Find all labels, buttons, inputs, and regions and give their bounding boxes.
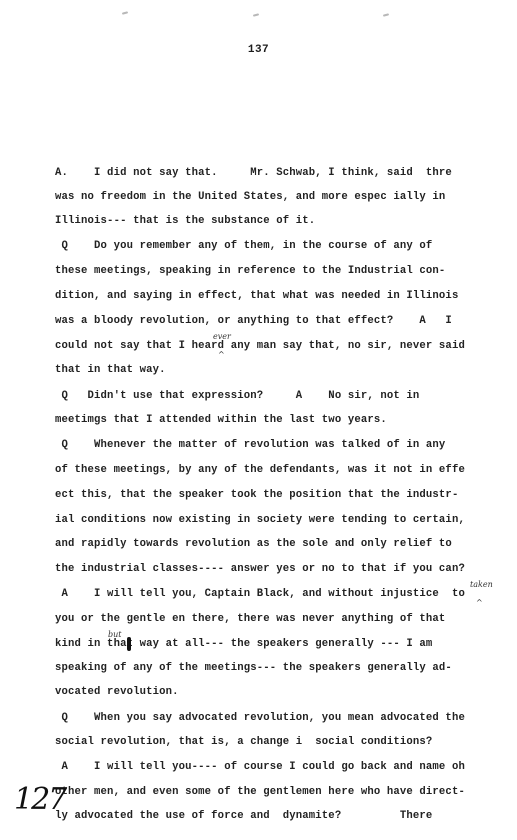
scan-speck [122,11,128,14]
text-line: was a bloody revolution, or anything to … [55,315,452,327]
text-line: of these meetings, by any of the defenda… [55,464,465,476]
text-line: ect this, that the speaker took the posi… [55,489,458,501]
text-line: social revolution, that is, a change i s… [55,736,432,748]
text-line: Q Whenever the matter of revolution was … [55,439,445,451]
handwritten-insertion: but [108,630,122,639]
text-line: that in that way. [55,364,166,376]
scan-speck [253,13,259,16]
text-line: Illinois--- that is the substance of it. [55,215,315,227]
handwritten-insertion: ever [213,332,231,341]
text-line: Q Do you remember any of them, in the co… [55,240,432,252]
text-line: Q Didn't use that expression? A No sir, … [55,390,419,402]
scan-speck [383,13,389,16]
text-line: meetimgs that I attended within the last… [55,414,387,426]
document-page: 137 A. I did not say that. Mr. Schwab, I… [0,0,517,840]
text-line: the industrial classes---- answer yes or… [55,563,465,575]
text-line: kind in that way at all--- the speakers … [55,638,432,650]
text-line: vocated revolution. [55,686,179,698]
margin-page-number: 127 [14,782,65,817]
text-line: other men, and even some of the gentleme… [55,786,465,798]
text-line: speaking of any of the meetings--- the s… [55,662,452,674]
text-line: Q When you say advocated revolution, you… [55,712,465,724]
text-line: was no freedom in the United States, and… [55,191,445,203]
text-line: A I will tell you---- of course I could … [55,761,465,773]
text-line: these meetings, speaking in reference to… [55,265,445,277]
text-line: ly advocated the use of force and dynami… [55,810,432,822]
text-line: ial conditions now existing in society w… [55,514,465,526]
text-line: A I will tell you, Captain Black, and wi… [55,588,465,600]
text-line: dition, and saying in effect, that what … [55,290,458,302]
text-line: A. I did not say that. Mr. Schwab, I thi… [55,167,452,179]
handwritten-insertion: taken [470,580,493,589]
text-line: and rapidly towards revolution as the so… [55,538,452,550]
ink-blot [127,637,131,651]
insertion-caret: ^ [218,350,225,359]
page-number: 137 [0,44,517,56]
insertion-caret: ^ [476,598,483,607]
text-line: you or the gentle en there, there was ne… [55,613,445,625]
text-line: could not say that I heard any man say t… [55,340,465,352]
